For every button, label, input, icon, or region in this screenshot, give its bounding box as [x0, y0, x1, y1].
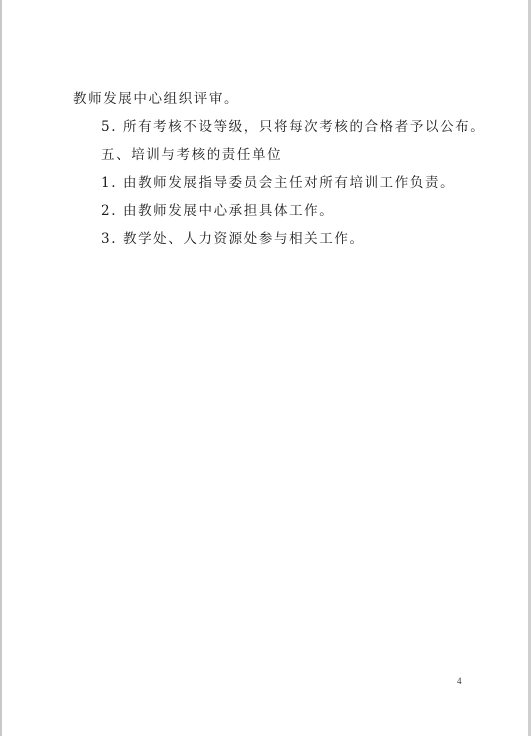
- page-border-left: [0, 0, 2, 736]
- section-heading-5: 五、培训与考核的责任单位: [73, 145, 473, 173]
- paragraph-item-2: 2. 由教师发展中心承担具体工作。: [73, 201, 473, 229]
- paragraph-item-1: 1. 由教师发展指导委员会主任对所有培训工作负责。: [73, 173, 473, 201]
- paragraph-item-3: 3. 教学处、人力资源处参与相关工作。: [73, 229, 473, 257]
- page-number: 4: [457, 676, 462, 686]
- document-body: 教师发展中心组织评审。 5. 所有考核不设等级，只将每次考核的合格者予以公布。 …: [73, 89, 473, 257]
- paragraph-item-5: 5. 所有考核不设等级，只将每次考核的合格者予以公布。: [73, 117, 473, 145]
- document-page: 教师发展中心组织评审。 5. 所有考核不设等级，只将每次考核的合格者予以公布。 …: [0, 0, 531, 736]
- paragraph-continuation: 教师发展中心组织评审。: [73, 89, 473, 117]
